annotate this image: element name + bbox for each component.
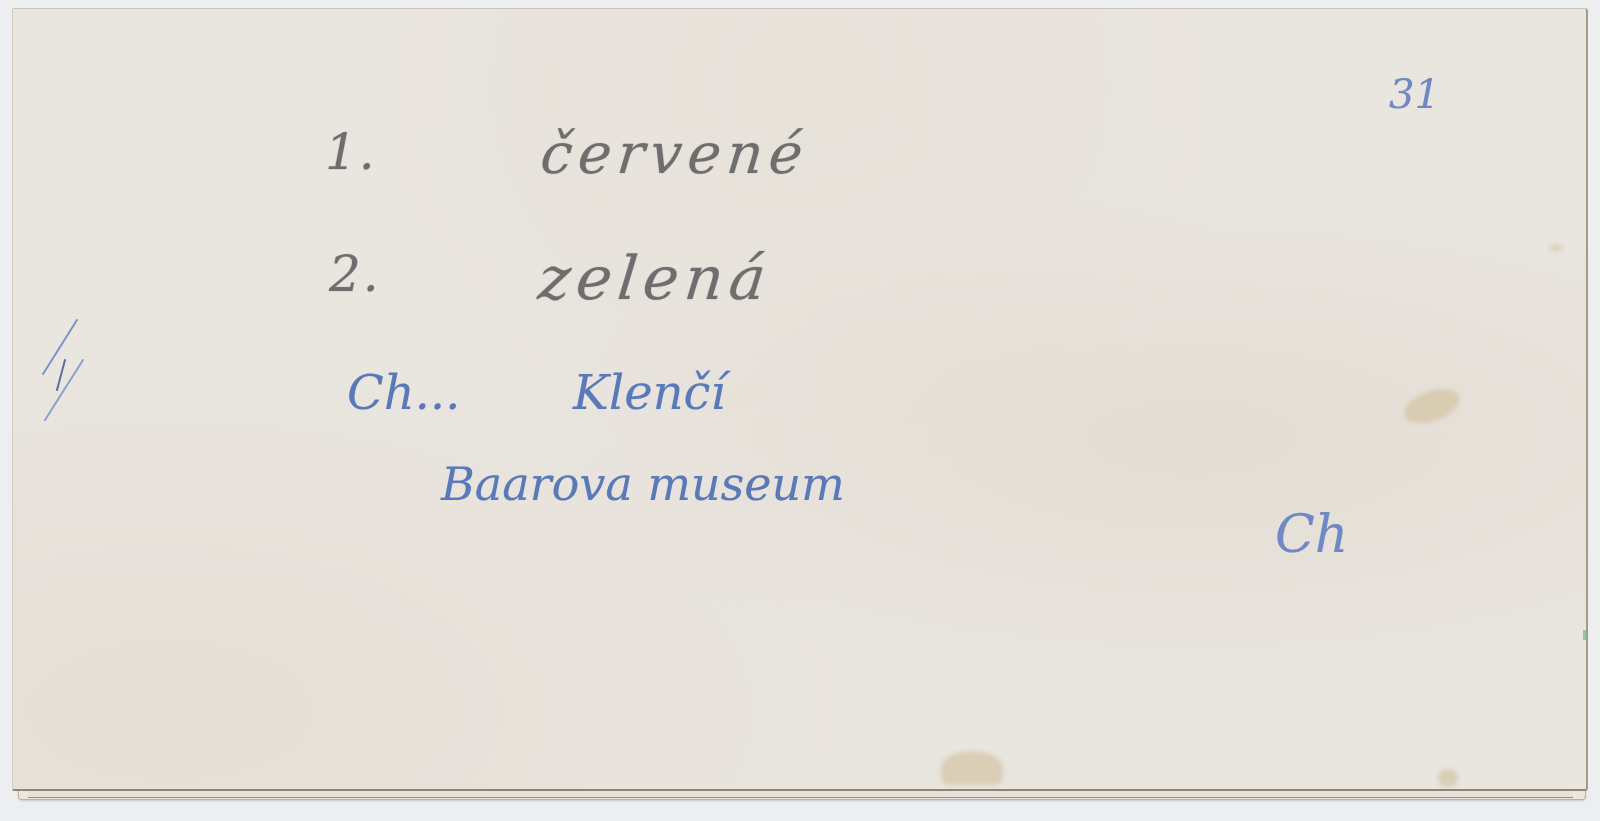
pencil-note-2-word: zelená xyxy=(536,249,775,309)
pencil-note-1-word: červené xyxy=(538,127,811,183)
catalog-number: 31 xyxy=(1389,75,1440,115)
paper-stain xyxy=(1549,245,1563,251)
ink-note-museum: Baarova museum xyxy=(441,461,845,507)
pencil-note-2-number: 2. xyxy=(329,249,381,299)
ink-note-prefix: Ch... xyxy=(347,369,460,417)
pencil-note-1-number: 1. xyxy=(325,127,377,177)
card-reverse-side: 1. červené 2. zelená Ch... Klenčí Baarov… xyxy=(12,8,1588,791)
margin-slash-mark-icon xyxy=(33,314,93,424)
paper-stain xyxy=(941,751,1003,785)
corner-initials: Ch xyxy=(1275,509,1348,561)
scanned-card: 1. červené 2. zelená Ch... Klenčí Baarov… xyxy=(0,0,1600,821)
paper-stain xyxy=(1400,382,1465,430)
paper-stain xyxy=(1438,769,1458,787)
edge-fleck xyxy=(1583,630,1586,640)
ink-note-place: Klenčí xyxy=(573,369,726,417)
